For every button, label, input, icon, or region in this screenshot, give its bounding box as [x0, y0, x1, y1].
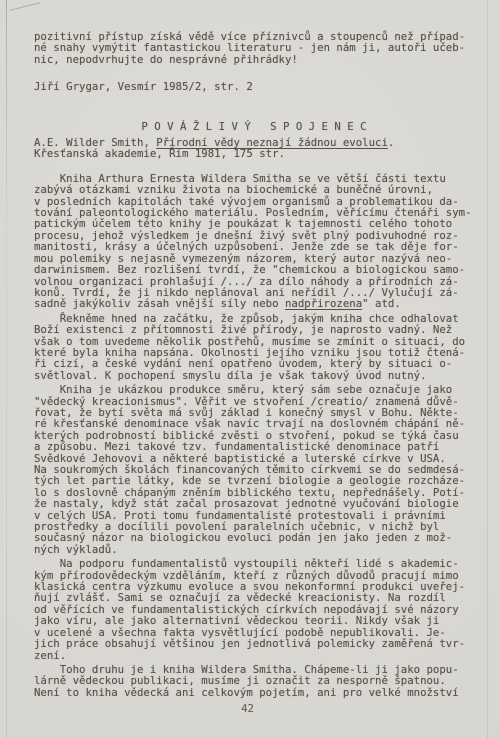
paragraph: Toho druhu je i kniha Wildera Smitha. Ch…: [34, 664, 474, 698]
article-body: Kniha Arthura Ernesta Wildera Smitha se …: [34, 173, 474, 698]
text-line: darwinismem. Bez rozlišení tvrdí, že "ch…: [34, 264, 474, 275]
text-line: Kniha je ukázkou produkce směru, který s…: [34, 384, 474, 395]
biblio-title-period: .: [388, 136, 394, 149]
scan-edge-left: [6, 0, 7, 738]
text-line: Boží existenci z přítomnosti živé přírod…: [34, 324, 474, 335]
underlined-text: nadpřirozena: [285, 297, 362, 310]
text-line: ných výkladů.: [34, 544, 474, 555]
page-number: 42: [34, 702, 461, 715]
text-line: sadně jakýkoliv zásah vnější síly nebo n…: [34, 298, 474, 309]
article-title: P O V Á Ž L I V Ý S P O J E N E C: [34, 121, 474, 132]
scanned-page: pozitivní přístup získá vědě více přízni…: [0, 0, 500, 738]
scan-edge-right: [487, 0, 488, 738]
text-line: zabývá otázkami vzniku života na biochem…: [34, 184, 474, 195]
attribution: Jiří Grygar, Vesmír 1985/2, str. 2: [34, 81, 474, 92]
paragraph: Kniha je ukázkou produkce směru, který s…: [34, 384, 474, 555]
text-line: nic, nepodvrhujte do nesprávné přihrádky…: [34, 54, 474, 65]
text-line: zení.: [34, 650, 474, 661]
text-line: a způsobu. Mezi takové tzv. fundamentali…: [34, 441, 474, 452]
paragraph: Na podporu fundamentalistů vystoupili ně…: [34, 558, 474, 661]
text-line: Na podporu fundamentalistů vystoupili ně…: [34, 558, 474, 569]
paragraph: Řekněme hned na začátku, že způsob, jaký…: [34, 313, 474, 381]
scan-artifact-scratch: [9, 2, 40, 11]
prelude-paragraph: pozitivní přístup získá vědě více přízni…: [34, 31, 474, 65]
text-line: jich práce obsahují většinou jen jednotl…: [34, 638, 474, 649]
page-content: pozitivní přístup získá vědě více přízni…: [34, 31, 474, 698]
paragraph: Kniha Arthura Ernesta Wildera Smitha se …: [34, 173, 474, 310]
biblio-publisher-line: Křesťanská akademie, Řím 1981, 175 str.: [34, 148, 474, 159]
text-line: světloval. K pochopení smyslu díla je vš…: [34, 370, 474, 381]
text-line: lárně vědeckou publikaci, musíme ji ozna…: [34, 675, 474, 686]
text-line: že nastaly, když stát začal prosazovat j…: [34, 498, 474, 509]
text-line: jako víru, ale jako alternativní vědecko…: [34, 615, 474, 626]
text-line: manitosti, krásy a účelných uzpůsobení. …: [34, 241, 474, 252]
text-line: Není to kniha vědecká ani celkovým pojet…: [34, 687, 474, 698]
bibliographic-reference: A.E. Wilder Smith, Přírodní vědy neznají…: [34, 137, 474, 160]
